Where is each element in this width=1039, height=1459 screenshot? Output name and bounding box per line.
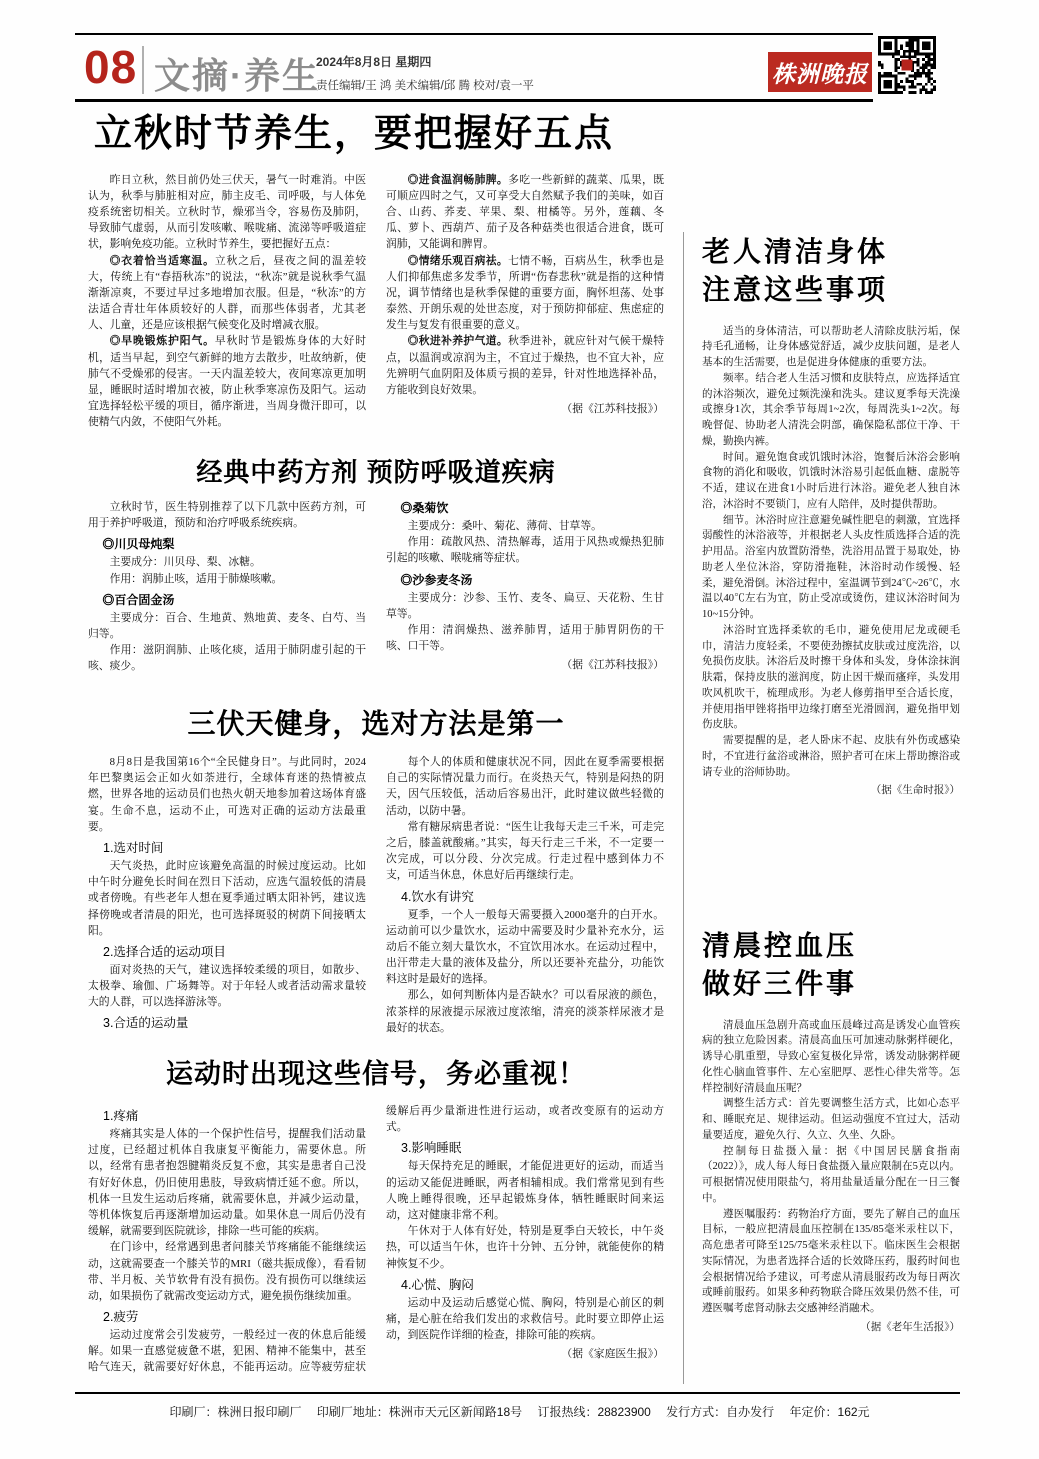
article-qingjie: 老人清洁身体 注意这些事项 适当的身体清洁，可以帮助老人清除皮肤污垢，保持毛孔通… <box>702 234 960 894</box>
section-title: 文摘·养生 <box>154 48 320 99</box>
body-paragraph: ◎情绪乐观百病祛。七情不畅，百病丛生，秋季也是人们抑郁焦虑多发季节，所谓“伤春悲… <box>386 253 664 334</box>
body-paragraph: ◎早晚锻炼护阳气。早秋时节是锻炼身体的大好时机，适当早起，到空气新鲜的地方去散步… <box>88 333 366 430</box>
header-divider <box>142 46 144 94</box>
bullet-heading: ◎百合固金汤 <box>88 591 366 608</box>
body-paragraph: 在门诊中，经常遇到患者问膝关节疼痛能不能继续运动，这就需要查一个膝关节的MRI（… <box>88 1239 366 1304</box>
headline-line2: 注意这些事项 <box>702 272 960 310</box>
headline-line2: 做好三件事 <box>702 966 960 1004</box>
article-sanfu-headline: 三伏天健身，选对方法是第一 <box>88 702 664 742</box>
header-top-rule <box>75 33 873 35</box>
sub-heading: 2.选择合适的运动项目 <box>88 942 366 960</box>
body-paragraph: 时间。避免饱食或饥饿时沐浴，饱餐后沐浴会影响食物的消化和吸收，饥饿时沐浴易引起低… <box>702 450 960 513</box>
footer-imprint: 印刷厂：株洲日报印刷厂 印刷厂地址：株洲市天元区新闻路18号 订报热线：2882… <box>0 1403 1039 1420</box>
column-divider <box>683 232 684 1384</box>
article-liqiu-body: 昨日立秋，然目前仍处三伏天，暑气一时难消。中医认为，秋季与肺脏相对应，肺主皮毛、… <box>88 172 664 452</box>
article-fangji-body: 立秋时节，医生特别推荐了以下几款中医药方剂，可用于养护呼吸道，预防和治疗呼吸系统… <box>88 499 664 705</box>
body-paragraph: 适当的身体清洁，可以帮助老人清除皮肤污垢，保持毛孔通畅，让身体感觉舒适，减少皮肤… <box>702 324 960 371</box>
article-sanfu: 三伏天健身，选对方法是第一 8月8日是我国第16个“全民健身日”。与此同时，20… <box>88 702 664 1050</box>
body-paragraph: 午休对于人体有好处，特别是夏季白天较长，中午炎热，可以适当午休，也许十分钟、五分… <box>386 1223 664 1272</box>
body-paragraph: 作用：疏散风热、清热解毒，适用于风热或燥热犯肺引起的咳嗽、喉咙痛等症状。 <box>386 534 664 566</box>
body-paragraph: 面对炎热的天气，建议选择较柔缓的项目，如散步、太极拳、瑜伽、广场舞等。对于年轻人… <box>88 962 366 1011</box>
body-paragraph: 运动中及运动后感觉心慌、胸闷，特别是心前区的刺痛，是心脏在给我们发出的求救信号。… <box>386 1295 664 1344</box>
source-attribution: （据《江苏科技报》） <box>386 657 664 673</box>
page-number: 08 <box>84 40 137 94</box>
editors-line: 责任编辑/王 鸿 美术编辑/邱 腾 校对/袁一平 <box>316 77 534 93</box>
body-paragraph: 细节。沐浴时应注意避免碱性肥皂的刺激，宜选择弱酸性的沐浴液等，并根据老人头皮性质… <box>702 513 960 623</box>
body-paragraph: 主要成分：沙参、玉竹、麦冬、扁豆、天花粉、生甘草等。 <box>386 590 664 622</box>
bullet-heading: ◎沙参麦冬汤 <box>386 571 664 588</box>
body-paragraph: ◎进食温润畅肺脾。多吃一些新鲜的蔬菜、瓜果，既可顺应四时之气，又可享受大自然赋予… <box>386 172 664 253</box>
body-paragraph: 那么，如何判断体内是否缺水？可以看尿液的颜色，浓茶样的尿液提示尿液过度浓缩，清亮… <box>386 987 664 1036</box>
article-signals-body: 1.疼痛疼痛其实是人体的一个保护性信号，提醒我们活动量过度，已经超过机体自我康复… <box>88 1103 664 1391</box>
body-paragraph: 疼痛其实是人体的一个保护性信号，提醒我们活动量过度，已经超过机体自我康复平衡能力… <box>88 1126 366 1239</box>
article-signals: 运动时出现这些信号，务必重视！ 1.疼痛疼痛其实是人体的一个保护性信号，提醒我们… <box>88 1052 664 1391</box>
bullet-heading: ◎桑菊饮 <box>386 499 664 516</box>
body-paragraph: 作用：清润燥热、滋养肺胃，适用于肺胃阴伤的干咳、口干等。 <box>386 622 664 654</box>
qr-code <box>878 36 936 94</box>
body-paragraph: 天气炎热，此时应该避免高温的时候过度运动。比如中午时分避免长时间在烈日下活动，应… <box>88 858 366 939</box>
header-bottom-rule <box>75 99 873 102</box>
article-xueya-body: 清晨血压急剧升高或血压晨峰过高是诱发心血管疾病的独立危险因素。清晨高血压可加速动… <box>702 1018 960 1374</box>
article-qingjie-body: 适当的身体清洁，可以帮助老人清除皮肤污垢，保持毛孔通畅，让身体感觉舒适，减少皮肤… <box>702 324 960 894</box>
article-fangji: 经典中药方剂 预防呼吸道疾病 立秋时节，医生特别推荐了以下几款中医药方剂，可用于… <box>88 452 664 705</box>
article-liqiu-headline: 立秋时节养生，要把握好五点 <box>94 112 664 158</box>
body-paragraph: 每个人的体质和健康状况不同，因此在夏季需要根据自己的实际情况量力而行。在炎热天气… <box>386 754 664 819</box>
article-signals-headline: 运动时出现这些信号，务必重视！ <box>88 1052 664 1091</box>
headline-line1: 清晨控血压 <box>702 928 960 966</box>
article-xueya-headline: 清晨控血压 做好三件事 <box>702 928 960 1004</box>
body-paragraph: 调整生活方式：首先要调整生活方式，比如心态平和、睡眠充足、规律运动。但运动强度不… <box>702 1096 960 1143</box>
body-paragraph: 作用：润肺止咳，适用于肺燥咳嗽。 <box>88 571 366 587</box>
body-paragraph: 8月8日是我国第16个“全民健身日”。与此同时，2024年巴黎奥运会正如火如荼进… <box>88 754 366 835</box>
body-paragraph: 常有糖尿病患者说：“医生让我每天走三千米，可走完之后，膝盖就酸痛。”其实，每天行… <box>386 819 664 884</box>
sub-heading: 3.合适的运动量 <box>88 1013 366 1031</box>
body-paragraph: 主要成分：川贝母、梨、冰糖。 <box>88 554 366 570</box>
body-paragraph: 夏季，一个人一般每天需要摄入2000毫升的白开水。运动前可以少量饮水，运动中需要… <box>386 907 664 988</box>
body-paragraph: ◎秋进补养护气道。秋季进补，就应针对气候干燥特点，以温润或凉润为主，不宜过于燥热… <box>386 333 664 398</box>
body-paragraph: 每天保持充足的睡眠，才能促进更好的运动，而适当的运动又能促进睡眠，两者相辅相成。… <box>386 1158 664 1223</box>
body-paragraph: 立秋时节，医生特别推荐了以下几款中医药方剂，可用于养护呼吸道，预防和治疗呼吸系统… <box>88 499 366 531</box>
source-attribution: （据《生命时报》） <box>702 783 960 799</box>
body-paragraph: 遵医嘱服药：药物治疗方面，要先了解自己的血压目标，一般应把清晨血压控制在135/… <box>702 1207 960 1317</box>
sub-heading: 2.疲劳 <box>88 1307 366 1325</box>
sub-heading: 1.选对时间 <box>88 838 366 856</box>
sub-heading: 4.饮水有讲究 <box>386 887 664 905</box>
sub-heading: 3.影响睡眠 <box>386 1138 664 1156</box>
body-paragraph: 昨日立秋，然目前仍处三伏天，暑气一时难消。中医认为，秋季与肺脏相对应，肺主皮毛、… <box>88 172 366 253</box>
source-attribution: （据《江苏科技报》） <box>386 401 664 417</box>
body-paragraph: 作用：滋阴润肺、止咳化痰，适用于肺阴虚引起的干咳、痰少。 <box>88 642 366 674</box>
article-qingjie-headline: 老人清洁身体 注意这些事项 <box>702 234 960 310</box>
footer-rule <box>75 1392 960 1394</box>
bullet-heading: ◎川贝母炖梨 <box>88 535 366 552</box>
body-paragraph: ◎衣着恰当适寒温。立秋之后，昼夜之间的温差较大，传统上有“春捂秋冻”的说法，“秋… <box>88 253 366 334</box>
source-attribution: （据《家庭医生报》） <box>386 1346 664 1362</box>
body-paragraph: 主要成分：桑叶、菊花、薄荷、甘草等。 <box>386 518 664 534</box>
body-paragraph: 需要提醒的是，老人卧床不起、皮肤有外伤或感染时，不宜进行盆浴或淋浴，照护者可在床… <box>702 733 960 780</box>
newspaper-page: 08 文摘·养生 2024年8月8日 星期四 责任编辑/王 鸿 美术编辑/邱 腾… <box>0 0 1039 1459</box>
body-paragraph: 沐浴时宜选择柔软的毛巾，避免使用尼龙或硬毛巾，清洁力度轻柔，不要使劲擦拭皮肤或过… <box>702 623 960 733</box>
body-paragraph: 控制每日盐摄入量：据《中国居民膳食指南（2022）》，成人每人每日食盐摄入量应限… <box>702 1144 960 1207</box>
date-block: 2024年8月8日 星期四 责任编辑/王 鸿 美术编辑/邱 腾 校对/袁一平 <box>316 53 534 93</box>
sub-heading: 4.心慌、胸闷 <box>386 1275 664 1293</box>
body-paragraph: 主要成分：百合、生地黄、熟地黄、麦冬、白芍、当归等。 <box>88 610 366 642</box>
article-liqiu: 立秋时节养生，要把握好五点 昨日立秋，然目前仍处三伏天，暑气一时难消。中医认为，… <box>88 112 664 452</box>
article-sanfu-body: 8月8日是我国第16个“全民健身日”。与此同时，2024年巴黎奥运会正如火如荼进… <box>88 754 664 1050</box>
article-xueya: 清晨控血压 做好三件事 清晨血压急剧升高或血压晨峰过高是诱发心血管疾病的独立危险… <box>702 928 960 1374</box>
body-paragraph: 频率。结合老人生活习惯和皮肤特点，应选择适宜的沐浴频次，避免过频洗澡和洗头。建议… <box>702 371 960 450</box>
body-paragraph: 清晨血压急剧升高或血压晨峰过高是诱发心血管疾病的独立危险因素。清晨高血压可加速动… <box>702 1018 960 1097</box>
sub-heading: 1.疼痛 <box>88 1106 366 1124</box>
date-line: 2024年8月8日 星期四 <box>316 53 534 70</box>
source-attribution: （据《老年生活报》） <box>702 1320 960 1336</box>
headline-line1: 老人清洁身体 <box>702 234 960 272</box>
article-fangji-headline: 经典中药方剂 预防呼吸道疾病 <box>88 452 664 489</box>
masthead-logo: 株洲晚报 <box>768 52 872 92</box>
